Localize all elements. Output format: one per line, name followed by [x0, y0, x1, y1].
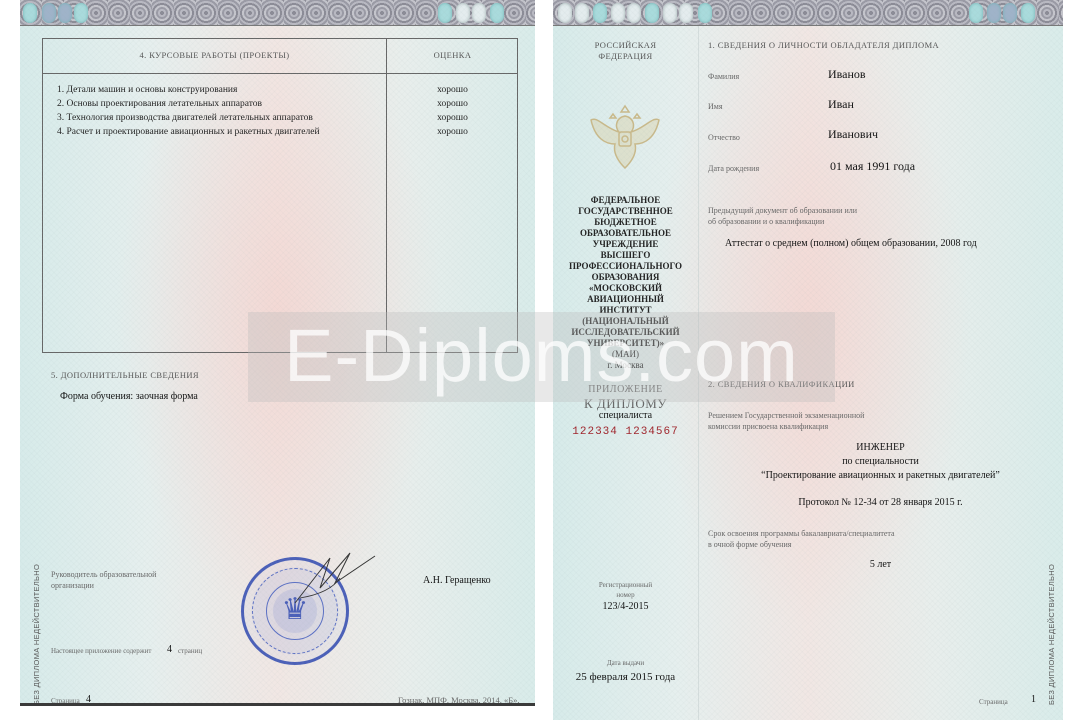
decision-label: Решением Государственной экзаменационной…: [708, 410, 864, 432]
table-row: 4. Расчет и проектирование авиационных и…: [43, 127, 517, 141]
specialty: “Проектирование авиационных и ракетных д…: [698, 470, 1063, 481]
validity-note: БЕЗ ДИПЛОМА НЕДЕЙСТВИТЕЛЬНО: [32, 564, 41, 705]
field-label: Дата рождения: [708, 163, 759, 174]
head-label: Руководитель образовательной организации: [51, 569, 156, 591]
appendix-type: специалиста: [553, 410, 698, 421]
issue-date: 25 февраля 2015 года: [553, 671, 698, 683]
field-label: Имя: [708, 101, 723, 112]
patronymic: Иванович: [828, 127, 878, 142]
duration: 5 лет: [698, 559, 1063, 570]
specialty-prefix: по специальности: [698, 456, 1063, 467]
registration-label: Регистрационный номер: [553, 580, 698, 600]
pages-count-label: Настоящее приложение содержит: [51, 646, 151, 657]
duration-label: Срок освоения программы бакалавриата/спе…: [708, 528, 895, 550]
page-label: Страница: [51, 696, 80, 706]
watermark: E-Diploms.com: [248, 312, 835, 402]
surname: Иванов: [828, 67, 866, 82]
first-name: Иван: [828, 97, 854, 112]
field-label: Фамилия: [708, 71, 739, 82]
registration-number: 123/4-2015: [553, 601, 698, 612]
additional-info-title: 5. ДОПОЛНИТЕЛЬНЫЕ СВЕДЕНИЯ: [51, 370, 199, 380]
course-works-table: 4. КУРСОВЫЕ РАБОТЫ (ПРОЕКТЫ) ОЦЕНКА 1. Д…: [42, 38, 518, 353]
printer-note: Гознак, МПФ, Москва, 2014, «Б».: [398, 695, 520, 706]
qualification: ИНЖЕНЕР: [698, 442, 1063, 453]
field-label: Отчество: [708, 132, 740, 143]
pages-count: 4: [167, 644, 172, 655]
previous-document: Аттестат о среднем (полном) общем образо…: [725, 238, 977, 249]
page-number: 1: [1031, 694, 1036, 705]
page-number: 4: [86, 694, 91, 705]
previous-document-label: Предыдущий документ об образовании или о…: [708, 205, 857, 227]
country-name: РОССИЙСКАЯ ФЕДЕРАЦИЯ: [553, 40, 698, 62]
birth-date: 01 мая 1991 года: [830, 159, 915, 174]
validity-note: БЕЗ ДИПЛОМА НЕДЕЙСТВИТЕЛЬНО: [1047, 564, 1056, 705]
protocol: Протокол № 12-34 от 28 января 2015 г.: [698, 497, 1063, 508]
pages-count-suffix: страниц: [178, 646, 202, 657]
course-works-header: 4. КУРСОВЫЕ РАБОТЫ (ПРОЕКТЫ): [43, 50, 386, 60]
signature: [290, 548, 380, 608]
decorative-border: [553, 0, 1063, 26]
head-name: А.Н. Геращенко: [423, 575, 491, 586]
coat-of-arms-icon: [585, 98, 665, 178]
serial-number: 122334 1234567: [553, 426, 698, 438]
study-form: Форма обучения: заочная форма: [60, 391, 198, 402]
table-row: 1. Детали машин и основы конструирования…: [43, 85, 517, 99]
page-label: Страница: [979, 697, 1008, 708]
personal-info-title: 1. СВЕДЕНИЯ О ЛИЧНОСТИ ОБЛАДАТЕЛЯ ДИПЛОМ…: [708, 40, 939, 50]
table-row: 2. Основы проектирования летательных апп…: [43, 99, 517, 113]
grade-header: ОЦЕНКА: [386, 50, 519, 60]
table-row: 3. Технология производства двигателей ле…: [43, 113, 517, 127]
decorative-border: [20, 0, 535, 26]
issue-date-label: Дата выдачи: [553, 658, 698, 669]
